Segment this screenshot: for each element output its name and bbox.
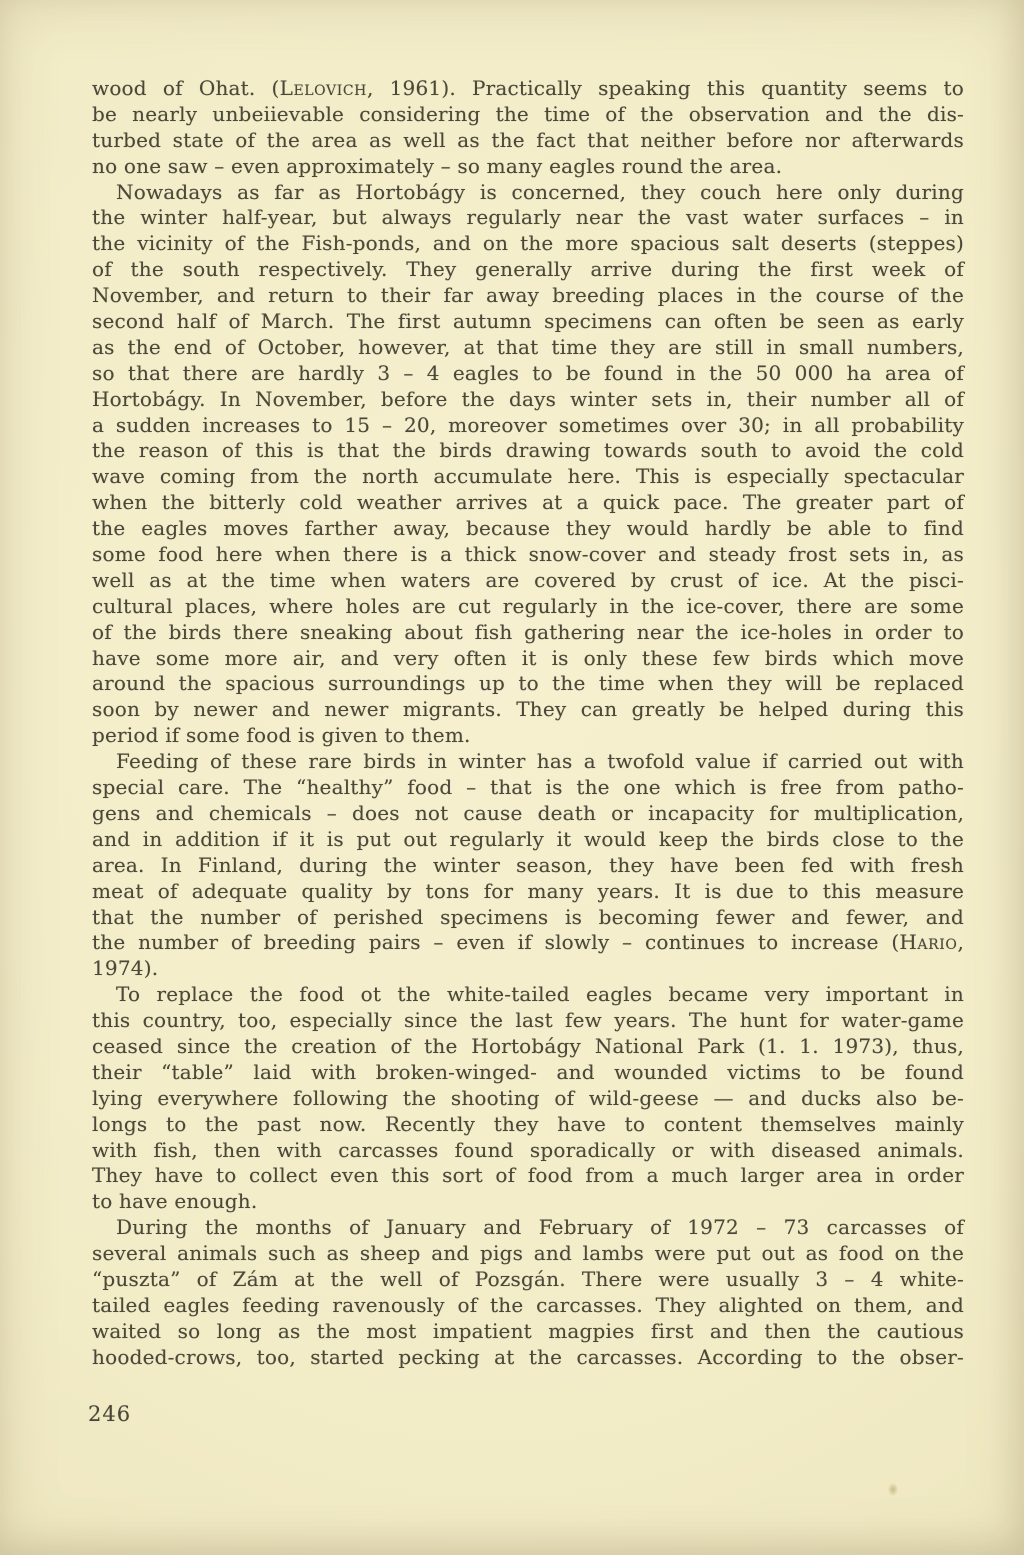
text-line: second half of March. The first autumn s… bbox=[92, 309, 964, 335]
citation-name: Lelovich bbox=[280, 76, 367, 100]
text-line: a sudden increases to 15 – 20, moreover … bbox=[92, 413, 964, 439]
text-line: be nearly unbeiievable considering the t… bbox=[92, 102, 964, 128]
paper-smudge bbox=[888, 1483, 898, 1496]
text-line: around the spacious surroundings up to t… bbox=[92, 671, 964, 697]
text-line: with fish, then with carcasses found spo… bbox=[92, 1138, 964, 1164]
text-line: special care. The “healthy” food – that … bbox=[92, 775, 964, 801]
text-line: to have enough. bbox=[92, 1189, 964, 1215]
text-segment: , 1961). Practically speaking this quant… bbox=[367, 76, 964, 100]
text-line: hooded-crows, too, started pecking at th… bbox=[92, 1345, 964, 1371]
text-line: 1974). bbox=[92, 956, 964, 982]
text-line: of the birds there sneaking about fish g… bbox=[92, 620, 964, 646]
text-line: some food here when there is a thick sno… bbox=[92, 542, 964, 568]
text-line: the reason of this is that the birds dra… bbox=[92, 438, 964, 464]
text-line: the vicinity of the Fish-ponds, and on t… bbox=[92, 231, 964, 257]
text-line: so that there are hardly 3 – 4 eagles to… bbox=[92, 361, 964, 387]
text-line: period if some food is given to them. bbox=[92, 723, 964, 749]
text-line: turbed state of the area as well as the … bbox=[92, 128, 964, 154]
page-number: 246 bbox=[88, 1402, 131, 1426]
text-line: Nowadays as far as Hortobágy is concerne… bbox=[92, 180, 964, 206]
text-segment: , bbox=[957, 930, 964, 954]
text-line: waited so long as the most impatient mag… bbox=[92, 1319, 964, 1345]
text-line: their “table” laid with broken-winged- a… bbox=[92, 1060, 964, 1086]
text-line: the eagles moves farther away, because t… bbox=[92, 516, 964, 542]
text-line: wood of Ohat. (Lelovich, 1961). Practica… bbox=[92, 76, 964, 102]
text-line: as the end of October, however, at that … bbox=[92, 335, 964, 361]
text-line: Feeding of these rare birds in winter ha… bbox=[92, 749, 964, 775]
text-line: gens and chemicals – does not cause deat… bbox=[92, 801, 964, 827]
text-line: “puszta” of Zám at the well of Pozsgán. … bbox=[92, 1267, 964, 1293]
text-line: no one saw – even approximately – so man… bbox=[92, 154, 964, 180]
book-page: wood of Ohat. (Lelovich, 1961). Practica… bbox=[0, 0, 1024, 1555]
text-line: soon by newer and newer migrants. They c… bbox=[92, 697, 964, 723]
text-line: November, and return to their far away b… bbox=[92, 283, 964, 309]
text-line: meat of adequate quality by tons for man… bbox=[92, 879, 964, 905]
text-line: the number of breeding pairs – even if s… bbox=[92, 930, 964, 956]
text-line: Hortobágy. In November, before the days … bbox=[92, 387, 964, 413]
text-line: area. In Finland, during the winter seas… bbox=[92, 853, 964, 879]
text-line: wave coming from the north accumulate he… bbox=[92, 464, 964, 490]
text-line: lying everywhere following the shooting … bbox=[92, 1086, 964, 1112]
text-line: ceased since the creation of the Hortobá… bbox=[92, 1034, 964, 1060]
text-line: During the months of January and Februar… bbox=[92, 1215, 964, 1241]
text-line: cultural places, where holes are cut reg… bbox=[92, 594, 964, 620]
text-line: and in addition if it is put out regular… bbox=[92, 827, 964, 853]
text-line: when the bitterly cold weather arrives a… bbox=[92, 490, 964, 516]
text-line: several animals such as sheep and pigs a… bbox=[92, 1241, 964, 1267]
text-line: have some more air, and very often it is… bbox=[92, 646, 964, 672]
page-text: wood of Ohat. (Lelovich, 1961). Practica… bbox=[92, 76, 964, 1371]
text-line: well as at the time when waters are cove… bbox=[92, 568, 964, 594]
text-line: To replace the food ot the white-tailed … bbox=[92, 982, 964, 1008]
text-line: tailed eagles feeding ravenously of the … bbox=[92, 1293, 964, 1319]
text-line: the winter half-year, but always regular… bbox=[92, 205, 964, 231]
citation-name: Hario bbox=[899, 930, 957, 954]
text-line: longs to the past now. Recently they hav… bbox=[92, 1112, 964, 1138]
text-line: They have to collect even this sort of f… bbox=[92, 1163, 964, 1189]
text-segment: the number of breeding pairs – even if s… bbox=[92, 930, 899, 954]
text-line: that the number of perished specimens is… bbox=[92, 905, 964, 931]
text-line: of the south respectively. They generall… bbox=[92, 257, 964, 283]
text-line: this country, too, especially since the … bbox=[92, 1008, 964, 1034]
text-segment: wood of Ohat. ( bbox=[92, 76, 280, 100]
